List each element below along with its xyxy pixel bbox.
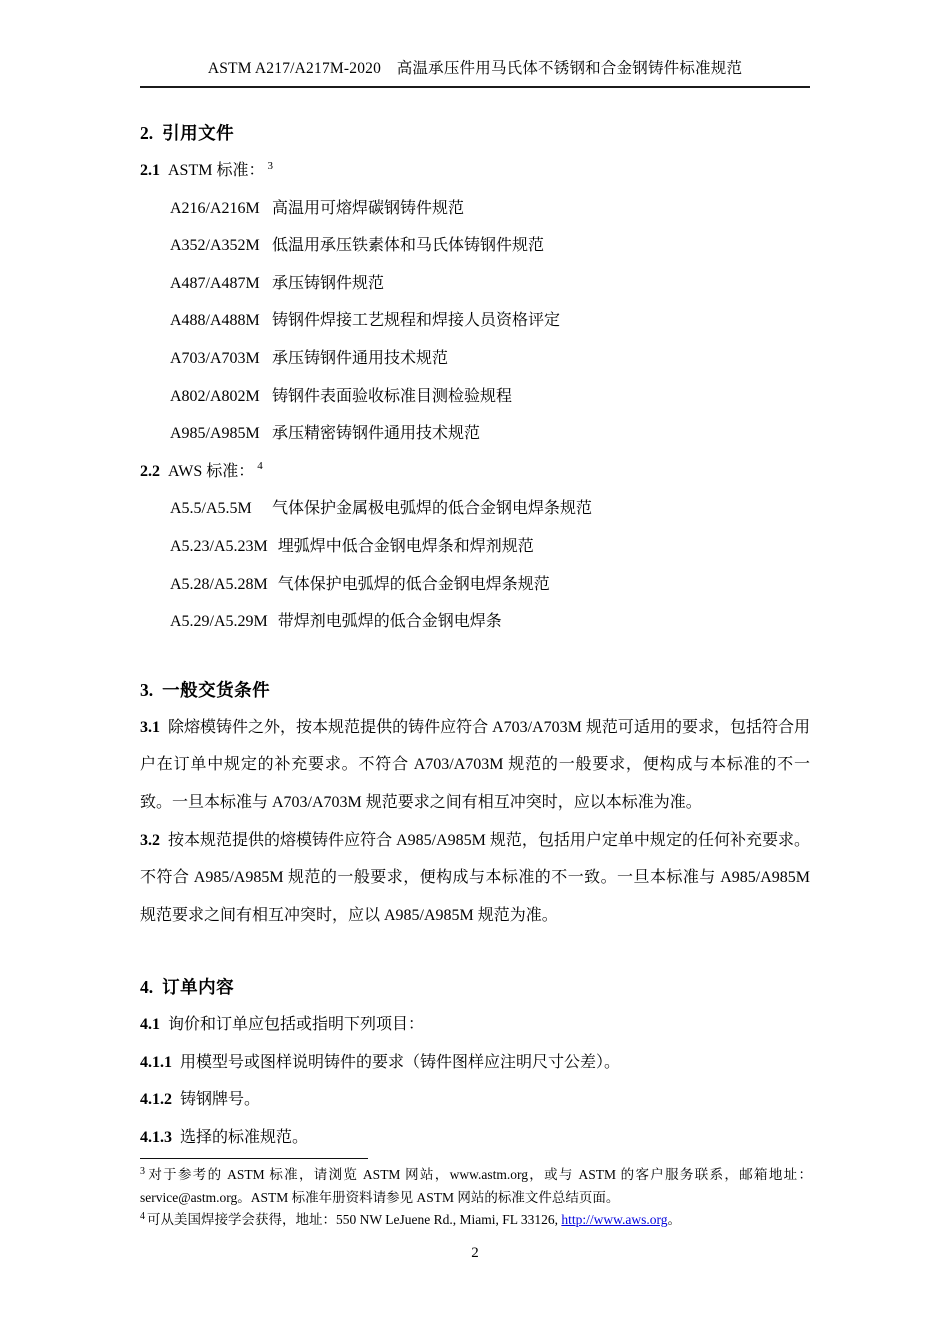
footnote-4: 4可从美国焊接学会获得，地址：550 NW LeJuene Rd., Miami… [140,1209,812,1232]
document-page: ASTM A217/A217M-2020 高温承压件用马氏体不锈钢和合金钢铸件标… [0,0,950,1344]
astm-standard-item: A352/A352M低温用承压铁素体和马氏体铸钢件规范 [170,227,810,265]
clause-2-1: 2.1ASTM 标准：3 [140,152,810,190]
standard-code: A487/A487M [170,265,262,303]
section-4-heading: 4.订单内容 [140,968,810,1006]
paragraph-4-1: 4.1询价和订单应包括或指明下列项目： [140,1006,810,1044]
running-header: ASTM A217/A217M-2020 高温承压件用马氏体不锈钢和合金钢铸件标… [140,58,810,80]
standard-code: A488/A488M [170,302,262,340]
paragraph-3-1: 3.1除熔模铸件之外，按本规范提供的铸件应符合 A703/A703M 规范可适用… [140,709,810,822]
section-2-heading: 2.引用文件 [140,114,810,152]
paragraph-4-1-1-number: 4.1.1 [140,1054,172,1071]
clause-2-2-number: 2.2 [140,463,160,480]
footnote-3: 3对于参考的 ASTM 标准，请浏览 ASTM 网站，www.astm.org，… [140,1164,812,1209]
document-body: 2.引用文件 2.1ASTM 标准：3 A216/A216M高温用可熔焊碳钢铸件… [140,96,810,1157]
section-3-number: 3. [140,680,153,700]
footnote-3-marker: 3 [140,1166,145,1177]
paragraph-4-1-3-number: 4.1.3 [140,1129,172,1146]
header-rule [140,86,810,88]
standard-title: 高温用可熔焊碳钢铸件规范 [272,200,464,217]
aws-standard-item: A5.23/A5.23M埋弧焊中低合金钢电焊条和焊剂规范 [170,528,810,566]
clause-2-2-label: AWS 标准： [168,463,254,480]
standard-code: A5.29/A5.29M [170,603,268,641]
footnote-4-marker: 4 [140,1211,145,1222]
astm-standard-item: A487/A487M承压铸钢件规范 [170,265,810,303]
footnote-4-text-suffix: 。 [667,1212,681,1227]
paragraph-4-1-1-text: 用模型号或图样说明铸件的要求（铸件图样应注明尺寸公差）。 [180,1054,620,1071]
clause-2-1-label: ASTM 标准： [168,162,264,179]
section-3-heading: 3.一般交货条件 [140,671,810,709]
page-number: 2 [0,1243,950,1263]
standard-code: A216/A216M [170,190,262,228]
footnote-4-text: 可从美国焊接学会获得，地址：550 NW LeJuene Rd., Miami,… [147,1212,561,1227]
paragraph-3-2: 3.2按本规范提供的熔模铸件应符合 A985/A985M 规范，包括用户定单中规… [140,822,810,935]
section-2-title: 引用文件 [162,123,234,143]
section-4-title: 订单内容 [162,977,234,997]
paragraph-4-1-3: 4.1.3选择的标准规范。 [140,1119,810,1157]
section-2-number: 2. [140,123,153,143]
aws-standards-list: A5.5/A5.5M气体保护金属极电弧焊的低合金钢电焊条规范 A5.23/A5.… [140,490,810,640]
paragraph-3-1-number: 3.1 [140,719,160,736]
section-3-title: 一般交货条件 [162,680,270,700]
paragraph-4-1-1: 4.1.1用模型号或图样说明铸件的要求（铸件图样应注明尺寸公差）。 [140,1044,810,1082]
standard-code: A802/A802M [170,378,262,416]
astm-standard-item: A216/A216M高温用可熔焊碳钢铸件规范 [170,190,810,228]
footnotes-area: 3对于参考的 ASTM 标准，请浏览 ASTM 网站，www.astm.org，… [140,1158,812,1232]
paragraph-4-1-number: 4.1 [140,1016,160,1033]
paragraph-4-1-2-number: 4.1.2 [140,1091,172,1108]
standard-title: 气体保护电弧焊的低合金钢电焊条规范 [278,576,550,593]
paragraph-4-1-2: 4.1.2铸钢牌号。 [140,1081,810,1119]
footnote-ref-4: 4 [257,460,263,472]
standard-title: 埋弧焊中低合金钢电焊条和焊剂规范 [278,538,534,555]
astm-standard-item: A985/A985M承压精密铸钢件通用技术规范 [170,415,810,453]
aws-standard-item: A5.5/A5.5M气体保护金属极电弧焊的低合金钢电焊条规范 [170,490,810,528]
standard-title: 带焊剂电弧焊的低合金钢电焊条 [278,613,502,630]
clause-2-1-number: 2.1 [140,162,160,179]
running-header-title: ASTM A217/A217M-2020 高温承压件用马氏体不锈钢和合金钢铸件标… [208,60,742,77]
standard-title: 气体保护金属极电弧焊的低合金钢电焊条规范 [272,500,592,517]
standard-code: A5.28/A5.28M [170,566,268,604]
paragraph-4-1-3-text: 选择的标准规范。 [180,1129,308,1146]
aws-standard-item: A5.29/A5.29M带焊剂电弧焊的低合金钢电焊条 [170,603,810,641]
paragraph-4-1-text: 询价和订单应包括或指明下列项目： [168,1016,424,1033]
standard-code: A352/A352M [170,227,262,265]
astm-standard-item: A802/A802M铸钢件表面验收标准目测检验规程 [170,378,810,416]
paragraph-3-2-text: 按本规范提供的熔模铸件应符合 A985/A985M 规范，包括用户定单中规定的任… [140,832,810,924]
clause-2-2: 2.2AWS 标准：4 [140,453,810,491]
section-4-number: 4. [140,977,153,997]
astm-standard-item: A703/A703M承压铸钢件通用技术规范 [170,340,810,378]
footnote-separator-rule [140,1158,368,1159]
astm-standard-item: A488/A488M铸钢件焊接工艺规程和焊接人员资格评定 [170,302,810,340]
standard-title: 铸钢件表面验收标准目测检验规程 [272,388,512,405]
standard-title: 承压铸钢件规范 [272,275,384,292]
standard-title: 低温用承压铁素体和马氏体铸钢件规范 [272,237,544,254]
standard-title: 承压铸钢件通用技术规范 [272,350,448,367]
standard-code: A5.23/A5.23M [170,528,268,566]
aws-standard-item: A5.28/A5.28M气体保护电弧焊的低合金钢电焊条规范 [170,566,810,604]
paragraph-3-1-text: 除熔模铸件之外，按本规范提供的铸件应符合 A703/A703M 规范可适用的要求… [140,719,810,811]
paragraph-3-2-number: 3.2 [140,832,160,849]
standard-title: 铸钢件焊接工艺规程和焊接人员资格评定 [272,312,560,329]
aws-website-link[interactable]: http://www.aws.org [561,1212,667,1227]
paragraph-4-1-2-text: 铸钢牌号。 [180,1091,260,1108]
standard-code: A985/A985M [170,415,262,453]
astm-standards-list: A216/A216M高温用可熔焊碳钢铸件规范 A352/A352M低温用承压铁素… [140,190,810,453]
standard-title: 承压精密铸钢件通用技术规范 [272,425,480,442]
footnote-3-text: 对于参考的 ASTM 标准，请浏览 ASTM 网站，www.astm.org，或… [140,1167,812,1205]
footnote-ref-3: 3 [267,160,273,172]
standard-code: A703/A703M [170,340,262,378]
standard-code: A5.5/A5.5M [170,490,262,528]
